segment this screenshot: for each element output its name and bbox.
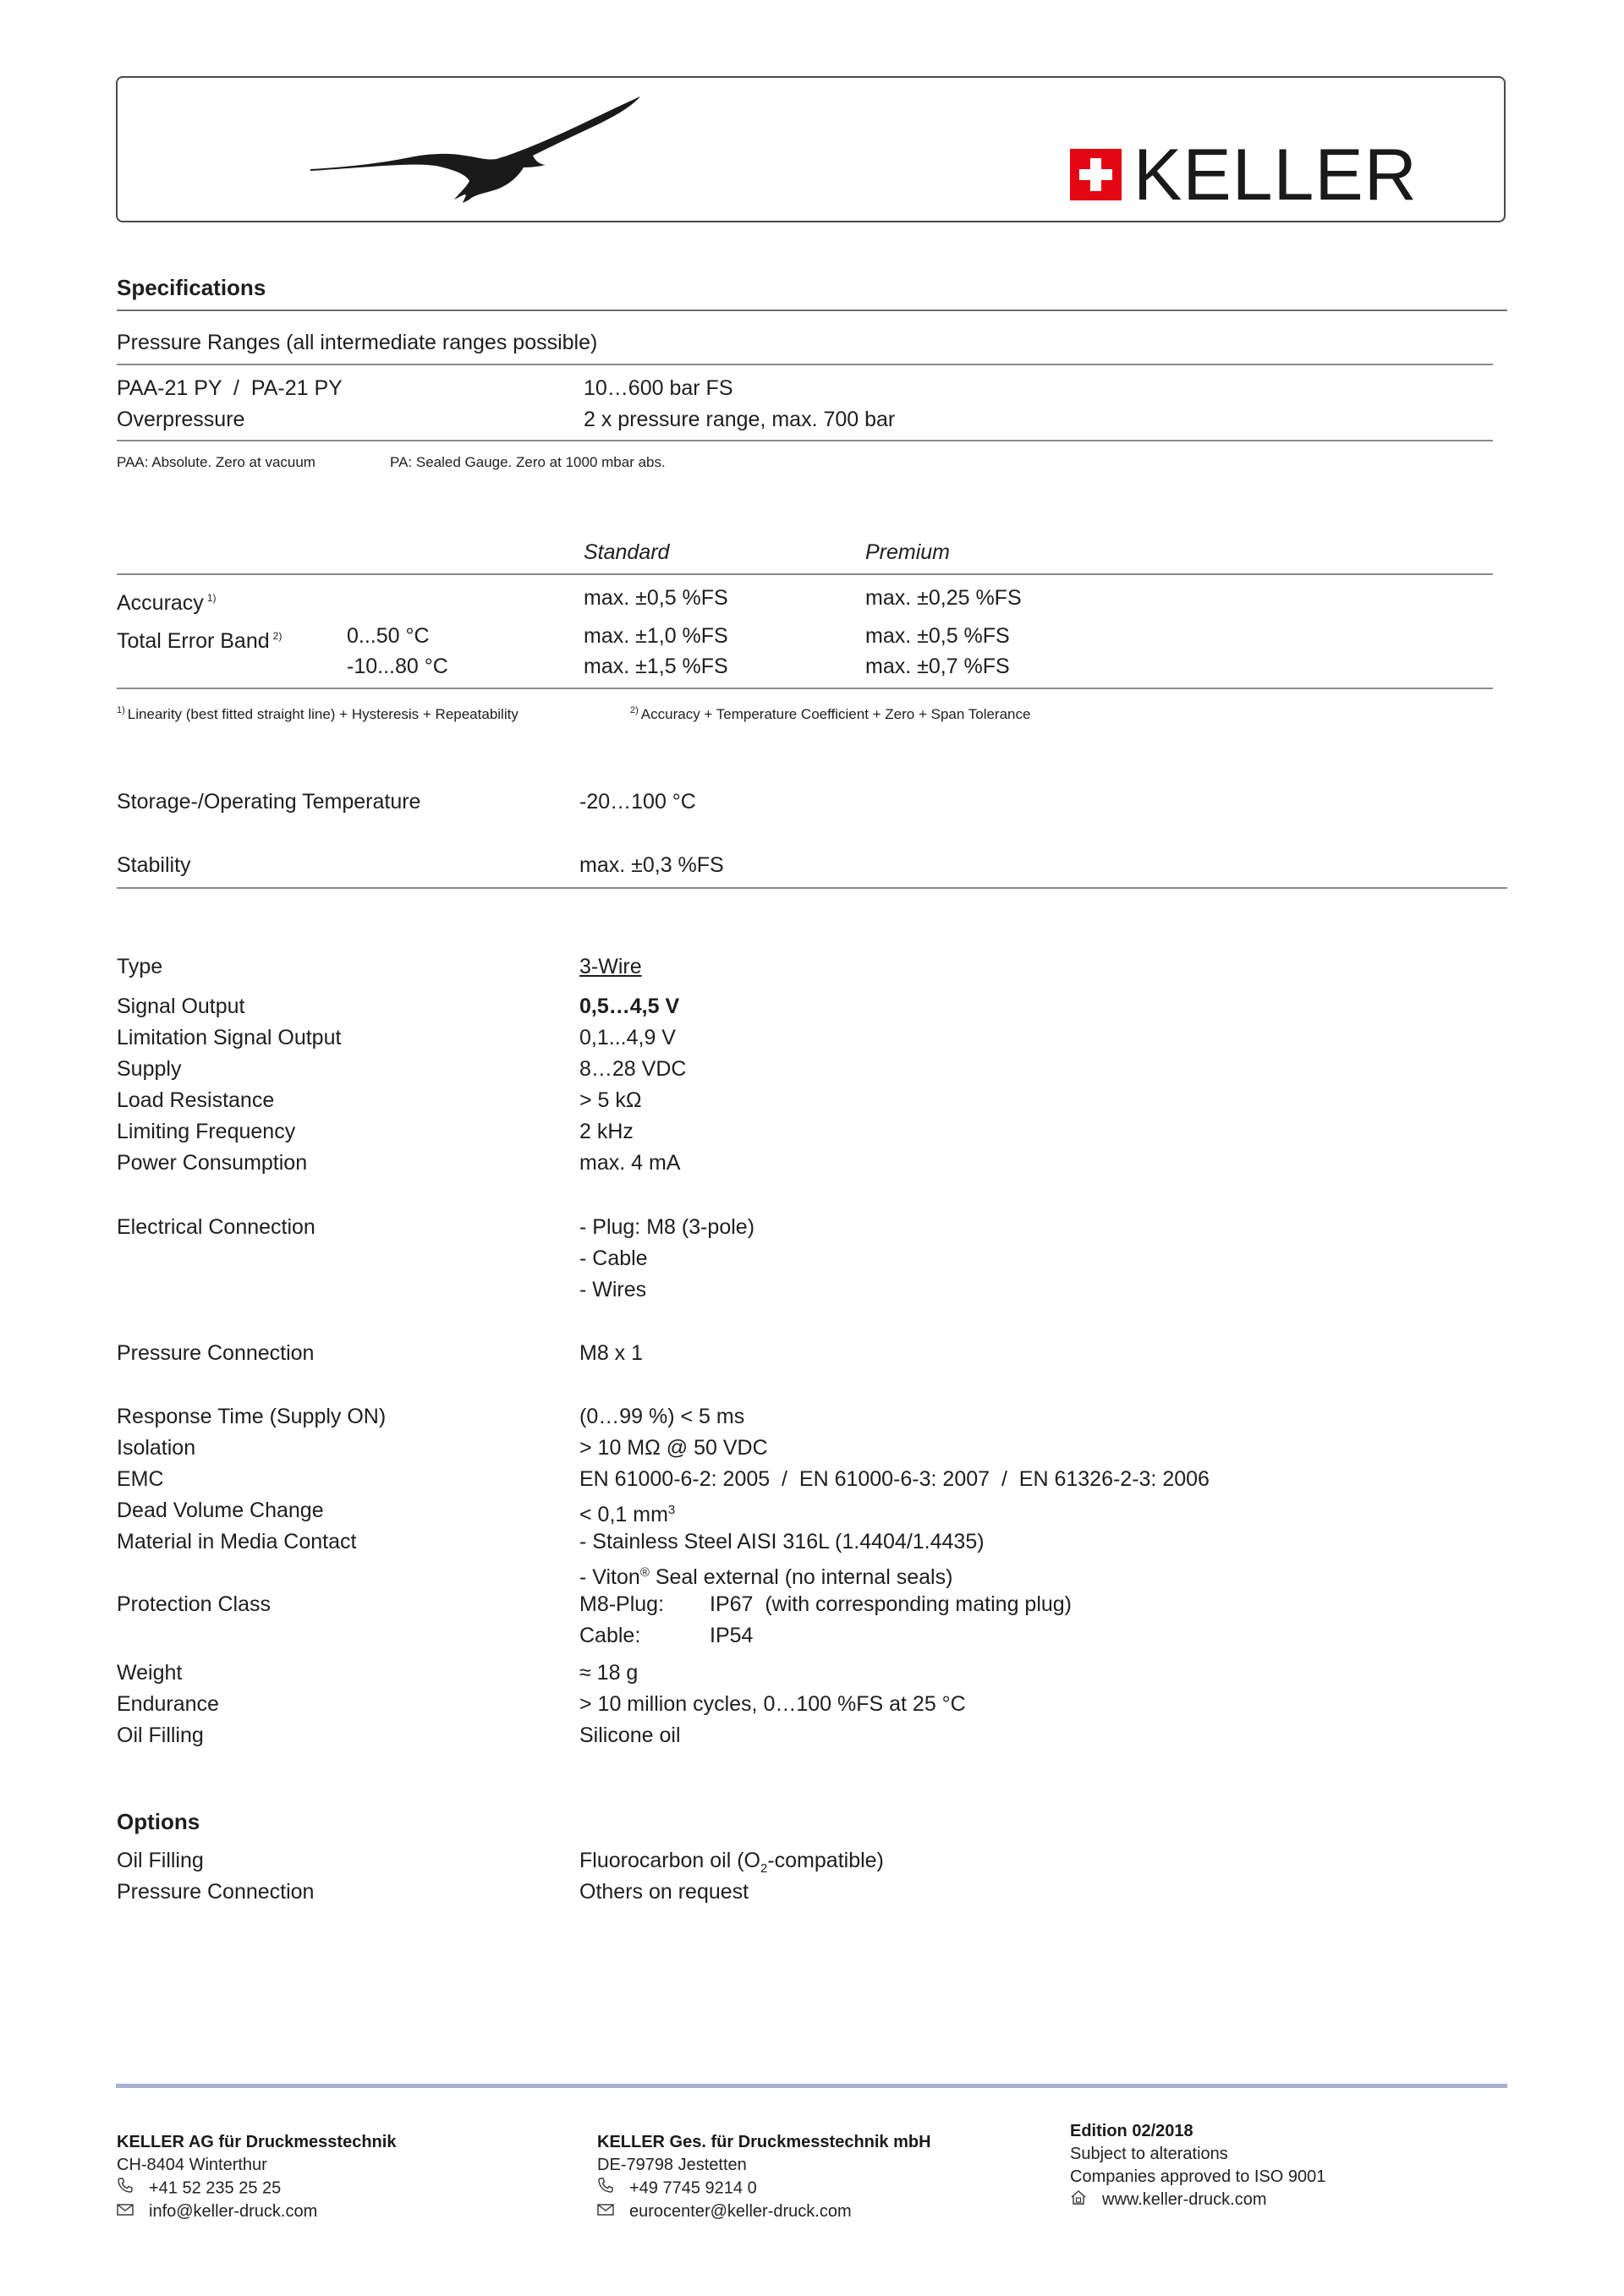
- spec-label: EMC: [117, 1466, 164, 1492]
- footer-edition: Edition 02/2018: [1070, 2120, 1325, 2143]
- spec-label: Protection Class: [117, 1592, 271, 1617]
- spec-value: > 10 million cycles, 0…100 %FS at 25 °C: [579, 1691, 966, 1717]
- teb-premium: max. ±0,7 %FS: [865, 654, 1010, 679]
- spec-value: (0…99 %) < 5 ms: [579, 1404, 744, 1429]
- protection-value: IP67 (with corresponding mating plug): [710, 1592, 1072, 1617]
- swiss-cross-icon: [1070, 149, 1122, 200]
- footer-column-ch: KELLER AG für Druckmesstechnik CH-8404 W…: [117, 2131, 396, 2223]
- option-label: Oil Filling: [117, 1848, 204, 1873]
- spec-value: max. ±0,3 %FS: [579, 852, 724, 878]
- column-header-standard: Standard: [584, 540, 669, 565]
- option-label: Pressure Connection: [117, 1879, 314, 1904]
- teb-standard: max. ±1,5 %FS: [584, 654, 728, 679]
- brand-name: KELLER: [1133, 137, 1418, 213]
- phone-icon: [597, 2177, 616, 2200]
- divider: [117, 887, 1507, 889]
- protection-value: IP54: [710, 1623, 753, 1648]
- accuracy-label: Accuracy1): [117, 585, 216, 616]
- spec-value: - Cable: [579, 1246, 648, 1271]
- footer-note: Companies approved to ISO 9001: [1070, 2166, 1325, 2189]
- spec-value: - Viton® Seal external (no internal seal…: [579, 1560, 952, 1590]
- footer-note: Subject to alterations: [1070, 2143, 1325, 2166]
- spec-label: Response Time (Supply ON): [117, 1404, 386, 1429]
- accuracy-standard: max. ±0,5 %FS: [584, 585, 728, 611]
- spec-value: 10…600 bar FS: [584, 375, 733, 401]
- spec-value: 2 x pressure range, max. 700 bar: [584, 407, 895, 432]
- spec-value: 2 kHz: [579, 1119, 634, 1144]
- spec-label: Endurance: [117, 1691, 219, 1717]
- section-title-specifications: Specifications: [117, 275, 266, 300]
- type-value: 3-Wire: [579, 954, 642, 979]
- column-header-premium: Premium: [865, 540, 950, 565]
- footnote-2: 2)Accuracy + Temperature Coefficient + Z…: [630, 701, 1030, 724]
- spec-label: Weight: [117, 1660, 182, 1685]
- pressure-ranges-heading: Pressure Ranges (all intermediate ranges…: [117, 330, 597, 355]
- mail-icon: [117, 2200, 135, 2223]
- spec-label: Power Consumption: [117, 1150, 307, 1175]
- spec-label: PAA-21 PY / PA-21 PY: [117, 375, 343, 401]
- total-error-band-label: Total Error Band2): [117, 623, 282, 654]
- spec-value: max. 4 mA: [579, 1150, 680, 1175]
- footer-address: DE-79798 Jestetten: [597, 2154, 931, 2177]
- divider: [117, 310, 1507, 311]
- spec-label: Oil Filling: [117, 1723, 204, 1748]
- pressure-note: PAA: Absolute. Zero at vacuum: [117, 453, 315, 472]
- spec-label: Material in Media Contact: [117, 1529, 356, 1554]
- option-value: Fluorocarbon oil (O2-compatible): [579, 1848, 884, 1882]
- spec-value: 0,5…4,5 V: [579, 994, 679, 1019]
- spec-label: Stability: [117, 852, 191, 878]
- spec-value: < 0,1 mm3: [579, 1498, 675, 1527]
- footer-divider: [116, 2084, 1507, 2088]
- mail-icon: [597, 2200, 616, 2223]
- protection-key: Cable:: [579, 1623, 640, 1648]
- footer-column-edition: Edition 02/2018 Subject to alterations C…: [1070, 2120, 1325, 2211]
- spec-label: Pressure Connection: [117, 1340, 314, 1366]
- spec-label: Type: [117, 954, 162, 979]
- spec-label: Supply: [117, 1056, 181, 1082]
- bird-icon: [309, 95, 643, 205]
- spec-value: - Plug: M8 (3-pole): [579, 1214, 754, 1240]
- teb-premium: max. ±0,5 %FS: [865, 623, 1010, 649]
- footer-phone: +41 52 235 25 25: [117, 2177, 396, 2200]
- spec-label: Dead Volume Change: [117, 1498, 324, 1523]
- divider: [117, 440, 1493, 441]
- footer-company: KELLER Ges. für Druckmesstechnik mbH: [597, 2131, 931, 2154]
- spec-value: - Wires: [579, 1277, 646, 1302]
- spec-value: 0,1...4,9 V: [579, 1025, 676, 1050]
- spec-label: Storage-/Operating Temperature: [117, 789, 420, 814]
- spec-value: 8…28 VDC: [579, 1056, 686, 1082]
- divider: [117, 688, 1493, 689]
- teb-standard: max. ±1,0 %FS: [584, 623, 728, 649]
- spec-value: M8 x 1: [579, 1340, 643, 1366]
- divider: [117, 364, 1493, 365]
- phone-icon: [117, 2177, 135, 2200]
- teb-range: -10...80 °C: [347, 654, 448, 679]
- spec-label: Isolation: [117, 1435, 195, 1460]
- option-value: Others on request: [579, 1879, 749, 1904]
- home-icon: [1070, 2189, 1089, 2211]
- spec-label: Overpressure: [117, 407, 244, 432]
- spec-value: -20…100 °C: [579, 789, 696, 814]
- spec-label: Electrical Connection: [117, 1214, 315, 1240]
- spec-value: EN 61000-6-2: 2005 / EN 61000-6-3: 2007 …: [579, 1466, 1210, 1492]
- footer-company: KELLER AG für Druckmesstechnik: [117, 2131, 396, 2154]
- spec-label: Load Resistance: [117, 1088, 274, 1113]
- pressure-note: PA: Sealed Gauge. Zero at 1000 mbar abs.: [390, 453, 666, 472]
- footnote-1: 1)Linearity (best fitted straight line) …: [117, 701, 518, 724]
- spec-label: Limiting Frequency: [117, 1119, 295, 1144]
- spec-value: > 10 MΩ @ 50 VDC: [579, 1435, 768, 1460]
- spec-value: ≈ 18 g: [579, 1660, 638, 1685]
- footer-address: CH-8404 Winterthur: [117, 2154, 396, 2177]
- accuracy-premium: max. ±0,25 %FS: [865, 585, 1022, 611]
- footer-email[interactable]: info@keller-druck.com: [117, 2200, 396, 2223]
- spec-value: > 5 kΩ: [579, 1088, 642, 1113]
- footer-email[interactable]: eurocenter@keller-druck.com: [597, 2200, 931, 2223]
- protection-key: M8-Plug:: [579, 1592, 664, 1617]
- footer-website[interactable]: www.keller-druck.com: [1070, 2189, 1325, 2211]
- spec-value: Silicone oil: [579, 1723, 681, 1748]
- divider: [117, 573, 1493, 575]
- footer-column-de: KELLER Ges. für Druckmesstechnik mbH DE-…: [597, 2131, 931, 2223]
- spec-value: - Stainless Steel AISI 316L (1.4404/1.44…: [579, 1529, 985, 1554]
- section-title-options: Options: [117, 1809, 200, 1834]
- footer-phone: +49 7745 9214 0: [597, 2177, 931, 2200]
- teb-range: 0...50 °C: [347, 623, 430, 649]
- spec-label: Limitation Signal Output: [117, 1025, 341, 1050]
- spec-label: Signal Output: [117, 994, 245, 1019]
